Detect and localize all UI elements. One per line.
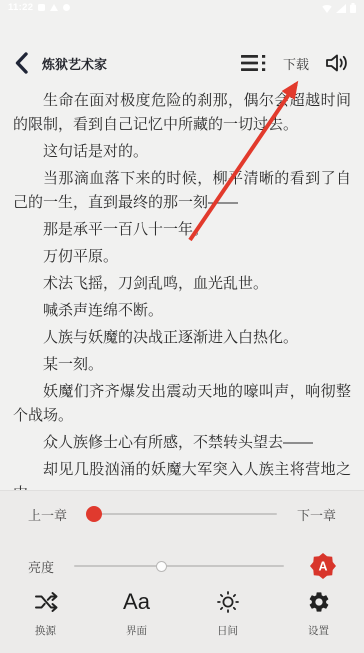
signal-icon: [336, 4, 346, 13]
svg-text:A: A: [318, 560, 327, 574]
status-notification-icon: [38, 4, 45, 11]
prev-chapter-button[interactable]: 上一章: [28, 505, 67, 524]
settings-button[interactable]: 设置: [273, 588, 364, 638]
paragraph: 那是承平一百八十一年。: [13, 218, 351, 242]
paragraph: 这句话是对的。: [13, 140, 351, 164]
chapter-list-button[interactable]: [241, 54, 266, 72]
chapter-slider-thumb[interactable]: [86, 506, 102, 522]
status-bar: 11:22: [0, 0, 364, 15]
paragraph: 万仞平原。: [13, 245, 351, 269]
paragraph: 却见几股汹涌的妖魔大军突入人族主将营地之中: [13, 458, 351, 490]
font-a-badge-icon: A: [310, 553, 336, 579]
chapter-slider-track[interactable]: [87, 513, 277, 515]
list-icon: [241, 54, 266, 72]
tool-label: 设置: [308, 623, 329, 638]
read-aloud-button[interactable]: [325, 53, 349, 73]
auto-brightness-button[interactable]: A: [310, 553, 336, 579]
speaker-icon: [325, 53, 349, 73]
paragraph: 人族与妖魔的决战正逐渐进入白热化。: [13, 326, 351, 350]
paragraph: 众人族修士心有所感，不禁转头望去——: [13, 431, 351, 455]
paragraph: 当那滴血落下来的时候，柳平清晰的看到了自己的一生，直到最终的那一刻——: [13, 167, 351, 215]
change-source-button[interactable]: 换源: [0, 588, 91, 638]
status-app-icon: [63, 4, 70, 11]
status-time: 11:22: [8, 2, 33, 13]
paragraph: 喊杀声连绵不断。: [13, 299, 351, 323]
chapter-navigation-row: 上一章 下一章: [0, 504, 364, 524]
battery-icon: [350, 3, 356, 13]
reader-header: 炼狱艺术家 下载: [0, 46, 364, 80]
shuffle-icon: [33, 591, 59, 613]
next-chapter-button[interactable]: 下一章: [297, 505, 336, 524]
brightness-label: 亮度: [28, 557, 54, 576]
download-button[interactable]: 下载: [283, 54, 309, 73]
paragraph: 术法飞摇，刀剑乱鸣，血光乱世。: [13, 272, 351, 296]
paragraph: 某一刻。: [13, 353, 351, 377]
wifi-icon: [322, 4, 332, 13]
paragraph: 妖魔们齐齐爆发出震动天地的嚎叫声，响彻整个战场。: [13, 380, 351, 428]
brightness-slider-track[interactable]: [74, 565, 284, 567]
brightness-slider[interactable]: [74, 556, 284, 576]
reader-text-area[interactable]: 生命在面对极度危险的刹那，偶尔会超越时间的限制，看到自己记忆中所藏的一切过去。 …: [13, 89, 351, 490]
tool-label: 界面: [126, 623, 147, 638]
font-style-icon: Aa: [123, 589, 150, 615]
paragraph: 生命在面对极度危险的刹那，偶尔会超越时间的限制，看到自己记忆中所藏的一切过去。: [13, 89, 351, 137]
interface-button[interactable]: Aa 界面: [91, 588, 182, 638]
chapter-progress-slider[interactable]: [87, 504, 277, 524]
status-upload-icon: [50, 4, 58, 11]
reader-app-screen: 11:22 炼狱艺术家 下载: [0, 0, 364, 653]
brightness-slider-thumb[interactable]: [156, 561, 167, 572]
reader-menu-panel: 上一章 下一章 亮度 A: [0, 490, 364, 653]
tool-label: 日间: [217, 623, 238, 638]
back-chevron-icon: [15, 52, 28, 74]
bottom-toolbar: 换源 Aa 界面 日间: [0, 588, 364, 638]
sun-icon: [215, 589, 241, 615]
gear-icon: [307, 590, 331, 614]
day-mode-button[interactable]: 日间: [182, 588, 273, 638]
tool-label: 换源: [35, 623, 56, 638]
book-title: 炼狱艺术家: [42, 54, 107, 73]
brightness-row: 亮度 A: [0, 553, 364, 579]
back-button[interactable]: [15, 52, 28, 74]
